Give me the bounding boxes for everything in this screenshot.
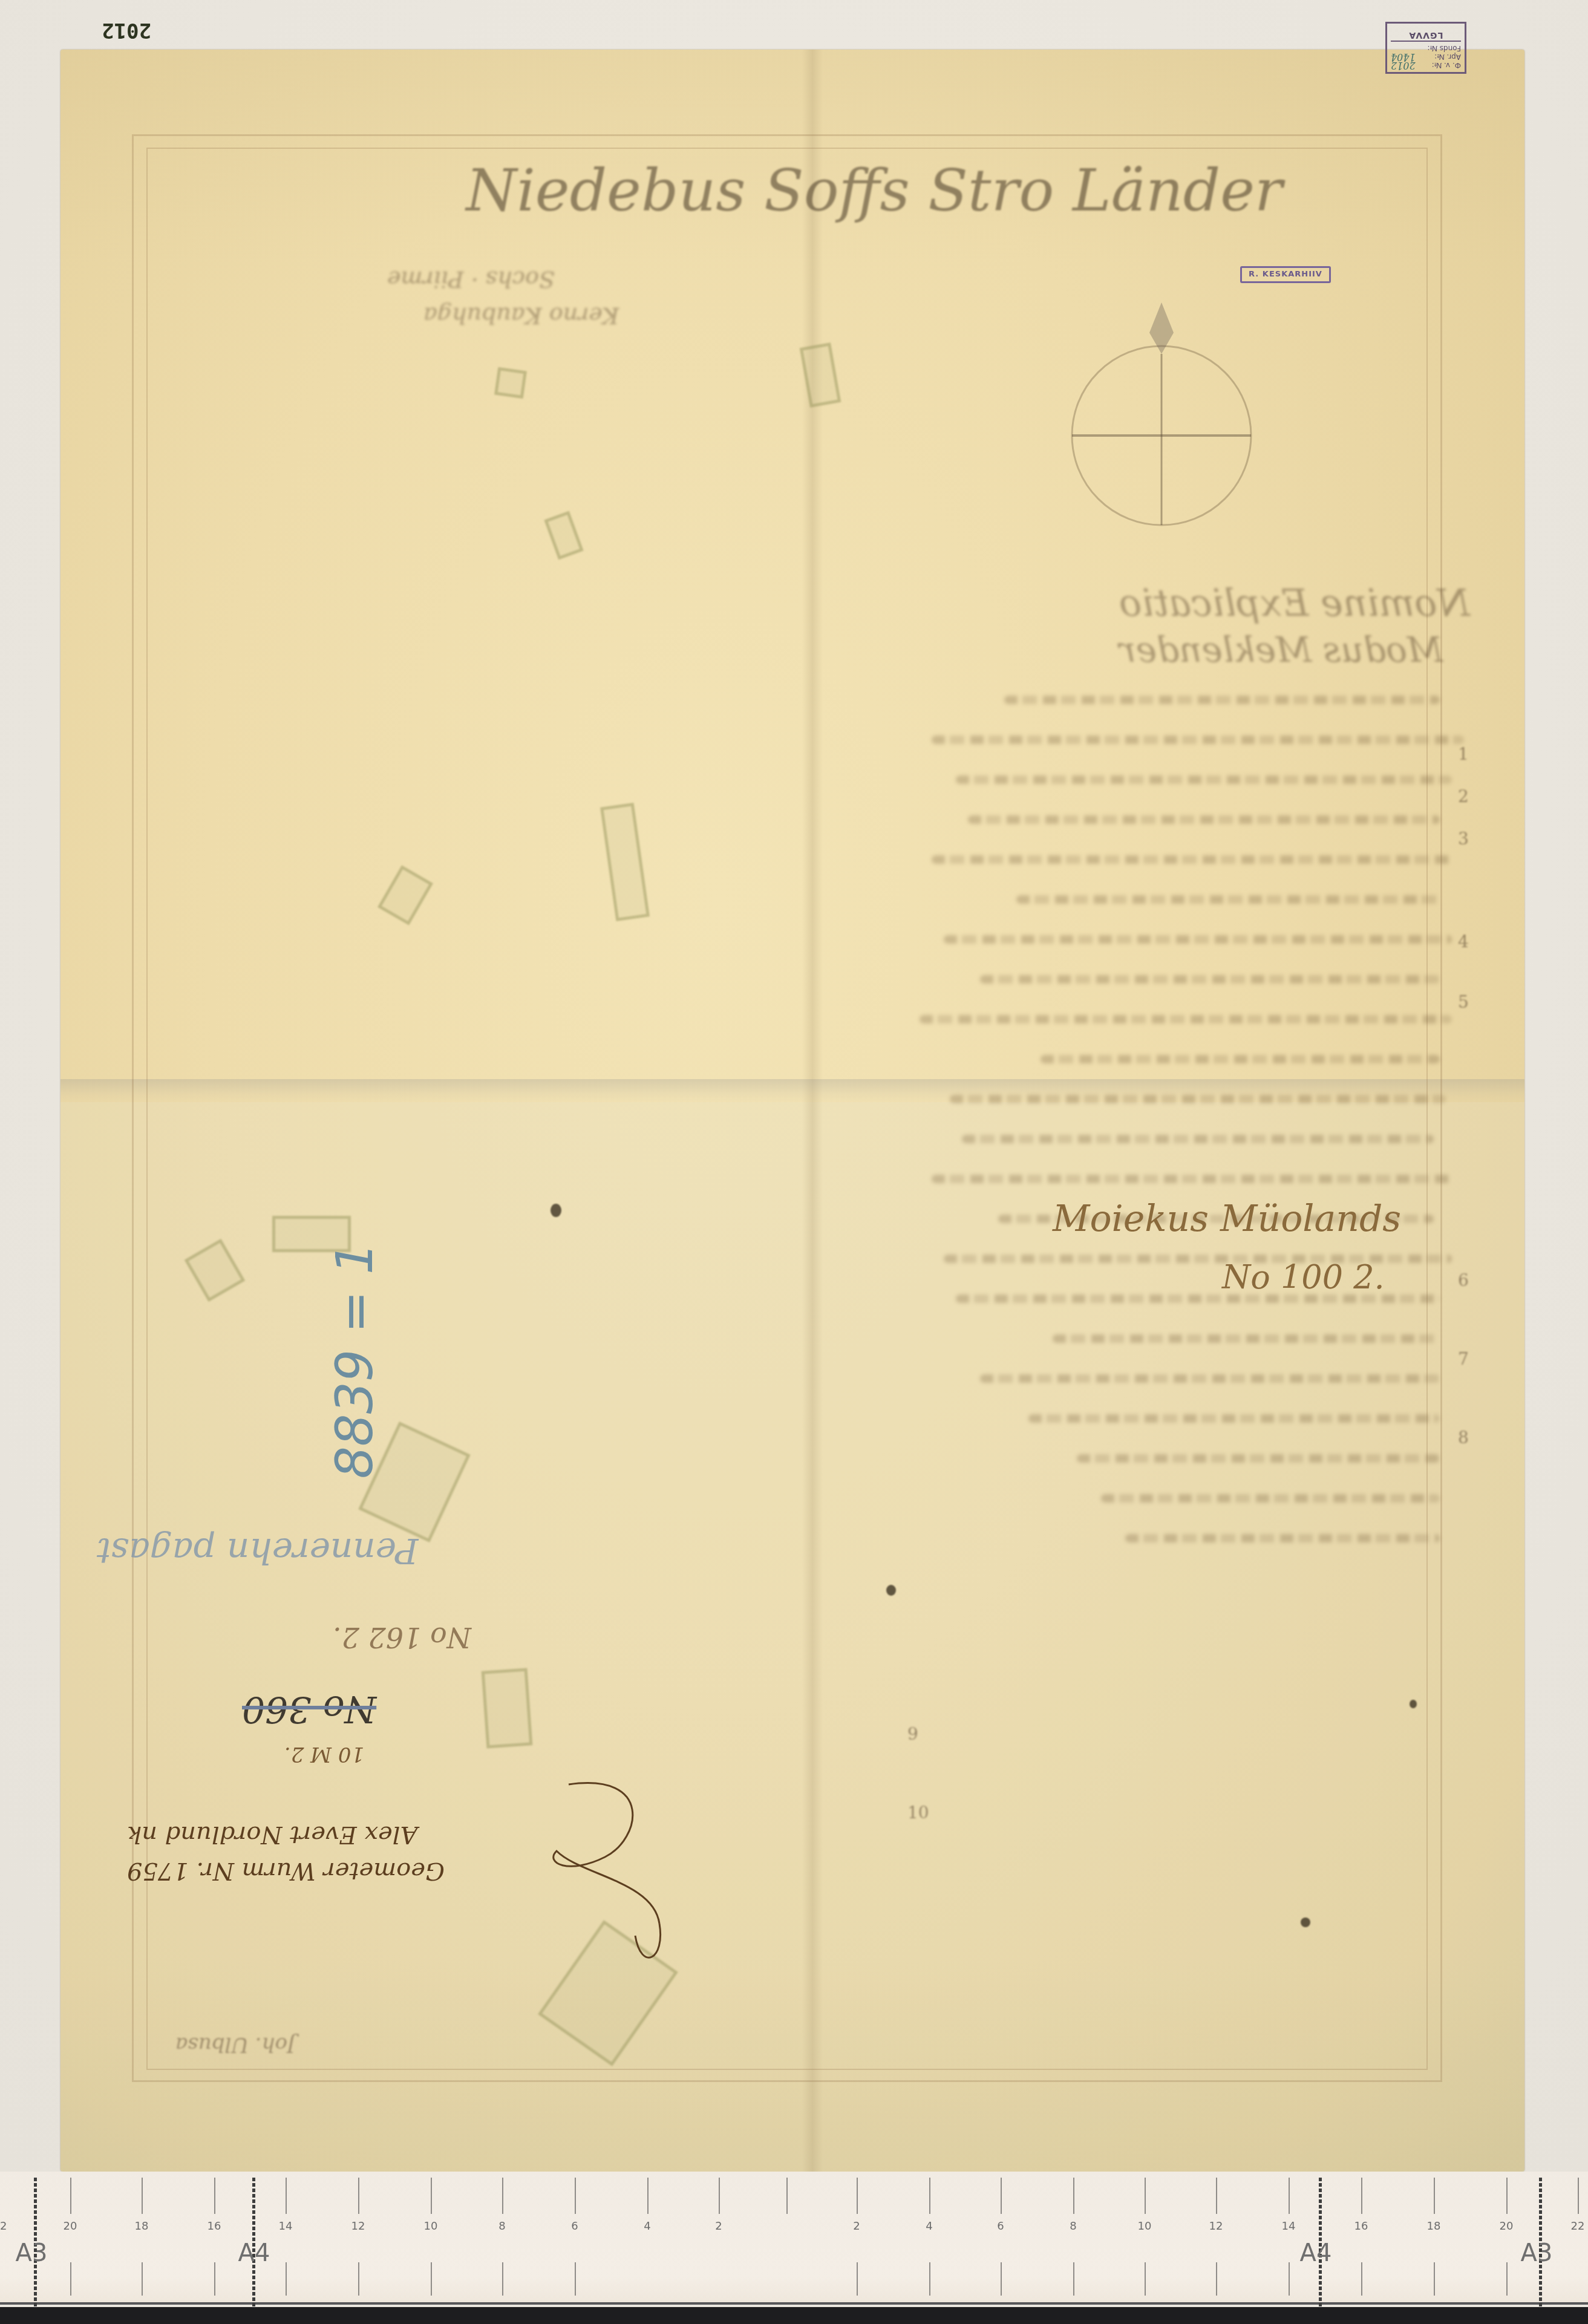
ink-spot	[1410, 1700, 1417, 1708]
ruler-label: 12	[1209, 2220, 1223, 2233]
ruler-label: 2	[853, 2220, 860, 2233]
legend-heading-2: Modus Meklender	[1119, 629, 1443, 670]
signature-line-2: Alex Evert Nordlund nk	[127, 1821, 417, 1849]
ink-spot	[886, 1585, 896, 1596]
paper-size-label-a4: A4	[238, 2239, 270, 2267]
row-number: 2	[1458, 786, 1469, 806]
pencil-parish-name: Pennerehn pagast	[97, 1530, 418, 1572]
ruler-label: 4	[644, 2220, 650, 2233]
ruler-label: 22	[0, 2220, 7, 2233]
ruler-label: 14	[279, 2220, 293, 2233]
paper-size-label-a3: A3	[1521, 2239, 1553, 2267]
ruler-label: 18	[1427, 2220, 1441, 2233]
stamp-fonds-label: Fonds №:	[1427, 44, 1461, 53]
row-number: 5	[1458, 992, 1469, 1012]
row-number: 3	[1458, 829, 1469, 849]
scale-ruler: 22 20 18 16 14 12 10 8 6 4 2 2 4 6 8 10 …	[0, 2172, 1588, 2305]
ruler-label: 6	[997, 2220, 1004, 2233]
ruler-label: 16	[207, 2220, 221, 2233]
ruler-label: 12	[351, 2220, 365, 2233]
ruler-label: 10	[1138, 2220, 1152, 2233]
signature-flourish-icon	[532, 1778, 690, 1978]
paper-size-label-a3: A3	[16, 2239, 48, 2267]
row-number: 10	[907, 1803, 929, 1823]
ruler-label: 10	[424, 2220, 438, 2233]
building-marker	[482, 1668, 533, 1749]
ruler-label: 14	[1282, 2220, 1296, 2233]
stamp-inventory-label: Apr. №:	[1434, 53, 1461, 61]
ruler-label: 8	[498, 2220, 505, 2233]
stamp-item-label: Ф. v. №:	[1432, 61, 1461, 70]
row-number: 6	[1458, 1270, 1469, 1290]
ruler-label: 18	[135, 2220, 149, 2233]
row-number: 9	[907, 1724, 918, 1744]
place-label-bleed: Sochs · Piirme	[387, 266, 555, 293]
legend-heading-1: Nomine Explicatio	[1119, 581, 1470, 625]
map-title-bleedthrough: Niedebus Soffs Stro Länder	[436, 145, 1313, 236]
legend-text-bleedthrough	[895, 696, 1476, 1905]
scanner-edge	[0, 2307, 1588, 2324]
row-number: 8	[1458, 1428, 1469, 1448]
annotation-number-162: No 162 2.	[333, 1621, 471, 1654]
row-number: 4	[1458, 932, 1469, 951]
compass-rose-icon	[1065, 296, 1258, 526]
ink-spot	[551, 1204, 561, 1217]
ruler-label: 20	[64, 2220, 77, 2233]
annotation-small: 10 M 2.	[284, 1742, 364, 1766]
center-number-ink: No 100 2.	[1222, 1258, 1385, 1296]
ruler-label: 4	[926, 2220, 932, 2233]
pencil-inventory-number: 8839 = 1	[325, 1242, 384, 1478]
place-label-bleed: Kerno Kaubuhga	[423, 302, 619, 329]
stamp-institution: LGVVA	[1391, 31, 1461, 42]
signature-line-1: Geometer Wurm Nr. 1759	[127, 1857, 445, 1885]
ruler-label: 22	[1571, 2220, 1585, 2233]
annotation-number-360: No 360	[242, 1688, 376, 1730]
row-number: 7	[1458, 1349, 1469, 1369]
ruler-label: 20	[1500, 2220, 1514, 2233]
building-marker	[494, 367, 527, 399]
page-number: 2012	[102, 18, 151, 42]
ruler-label: 6	[571, 2220, 578, 2233]
stamp-fonds-value: 1404	[1391, 53, 1416, 61]
ruler-label: 8	[1070, 2220, 1076, 2233]
ruler-label: 2	[715, 2220, 722, 2233]
ink-spot	[1301, 1918, 1310, 1927]
row-number: 1	[1458, 744, 1469, 764]
ruler-label: 16	[1354, 2220, 1368, 2233]
keskarhiiv-stamp: R. KESKARHIIV	[1240, 266, 1331, 283]
center-title-ink: Moiekus Müolands	[1053, 1198, 1401, 1240]
faint-signature: Joh. Ulbusa	[175, 2032, 296, 2057]
archive-stamp: Ф. v. №:2012 Apr. №:1404 Fonds №: LGVVA	[1385, 22, 1466, 74]
paper-size-label-a4: A4	[1300, 2239, 1332, 2267]
